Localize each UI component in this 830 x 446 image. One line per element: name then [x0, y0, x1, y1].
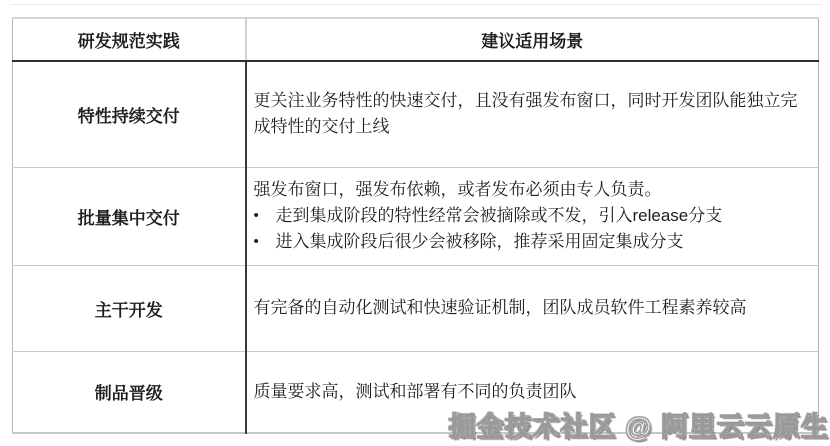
- column-header-scenario: 建议适用场景: [246, 18, 819, 61]
- scenario-line: 强发布窗口，强发布依赖，或者发布必须由专人负责。: [254, 177, 807, 203]
- scenario-line: 更关注业务特性的快速交付，且没有强发布窗口，同时开发团队能独立完成特性的交付上线: [254, 88, 807, 140]
- scenario-line: 质量要求高，测试和部署有不同的负责团队: [254, 379, 807, 405]
- practice-cell: 批量集中交付: [13, 167, 246, 265]
- table-body: 特性持续交付 更关注业务特性的快速交付，且没有强发布窗口，同时开发团队能独立完成…: [13, 61, 819, 433]
- practice-cell: 制品晋级: [13, 351, 246, 433]
- bullet-glyph: •: [254, 229, 276, 255]
- scenario-line: 有完备的自动化测试和快速验证机制，团队成员软件工程素养较高: [254, 295, 807, 321]
- scenario-cell: 强发布窗口，强发布依赖，或者发布必须由专人负责。•走到集成阶段的特性经常会被摘除…: [246, 167, 819, 265]
- table-row: 主干开发 有完备的自动化测试和快速验证机制，团队成员软件工程素养较高: [13, 265, 819, 351]
- watermark: 掘金技术社区 @ 阿里云云原生: [449, 405, 829, 444]
- header-row: 研发规范实践 建议适用场景: [13, 18, 819, 61]
- scenario-text: 进入集成阶段后很少会被移除，推荐采用固定集成分支: [276, 229, 684, 255]
- screenshot-root: 研发规范实践 建议适用场景 特性持续交付 更关注业务特性的快速交付，且没有强发布…: [0, 0, 830, 446]
- practices-table: 研发规范实践 建议适用场景 特性持续交付 更关注业务特性的快速交付，且没有强发布…: [12, 17, 819, 434]
- scenario-cell: 有完备的自动化测试和快速验证机制，团队成员软件工程素养较高: [246, 265, 819, 351]
- scenario-cell: 更关注业务特性的快速交付，且没有强发布窗口，同时开发团队能独立完成特性的交付上线: [246, 61, 819, 167]
- practice-cell: 特性持续交付: [13, 61, 246, 167]
- scenario-bullet-line: •进入集成阶段后很少会被移除，推荐采用固定集成分支: [254, 229, 807, 255]
- practice-cell: 主干开发: [13, 265, 246, 351]
- column-header-practice: 研发规范实践: [13, 18, 246, 61]
- scenario-text: 质量要求高，测试和部署有不同的负责团队: [254, 382, 577, 401]
- table-row: 批量集中交付 强发布窗口，强发布依赖，或者发布必须由专人负责。•走到集成阶段的特…: [13, 167, 819, 265]
- table-row: 特性持续交付 更关注业务特性的快速交付，且没有强发布窗口，同时开发团队能独立完成…: [13, 61, 819, 167]
- scenario-text: 强发布窗口，强发布依赖，或者发布必须由专人负责。: [254, 180, 662, 199]
- scenario-text: 有完备的自动化测试和快速验证机制，团队成员软件工程素养较高: [254, 298, 747, 317]
- scenario-text: 更关注业务特性的快速交付，且没有强发布窗口，同时开发团队能独立完成特性的交付上线: [254, 91, 798, 136]
- bullet-glyph: •: [254, 203, 276, 229]
- top-divider-line: [10, 4, 822, 5]
- scenario-text: 走到集成阶段的特性经常会被摘除或不发，引入release分支: [276, 203, 723, 229]
- scenario-bullet-line: •走到集成阶段的特性经常会被摘除或不发，引入release分支: [254, 203, 807, 229]
